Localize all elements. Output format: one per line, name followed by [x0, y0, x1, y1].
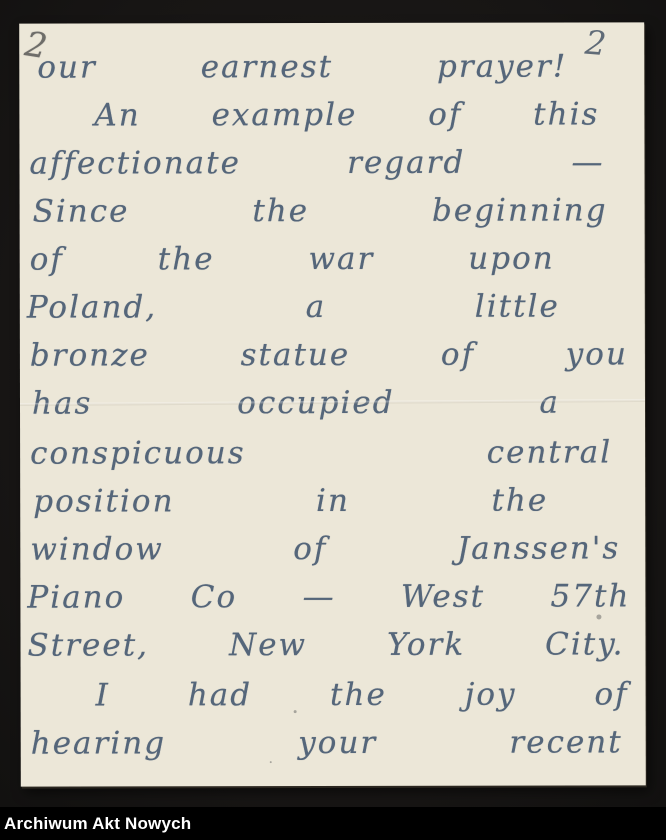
handwriting-line: conspicuous central — [30, 432, 612, 473]
letter-page: 2 2 our earnest prayer! An example of th… — [19, 22, 646, 786]
handwriting-line: I had the joy of — [96, 674, 629, 715]
paper-speck — [270, 761, 272, 763]
handwriting-line: position in the — [33, 481, 548, 522]
handwriting-line: window of Janssen's — [30, 528, 620, 569]
handwriting-line: our earnest prayer! — [37, 47, 567, 88]
paper-speck — [294, 710, 297, 713]
handwriting-line: Poland, a little — [27, 287, 560, 328]
paper-speck — [596, 614, 601, 619]
handwriting-line: An example of this — [94, 94, 599, 135]
handwriting-line: Since the beginning — [33, 190, 608, 231]
handwriting-line: Street, New York City. — [27, 624, 624, 665]
handwriting-line: affectionate regard — — [29, 142, 604, 183]
watermark-band: Archiwum Akt Nowych — [0, 807, 666, 840]
archive-watermark: Archiwum Akt Nowych — [4, 807, 191, 840]
handwriting-line: Piano Co — West 57th — [27, 576, 630, 617]
page-number: 2 — [584, 23, 608, 64]
archival-scan: 2 2 our earnest prayer! An example of th… — [0, 0, 666, 840]
handwriting-line: hearing your recent — [31, 722, 623, 763]
handwriting-line: bronze statue of you — [30, 334, 628, 375]
handwriting-line: of the war upon — [30, 239, 555, 280]
